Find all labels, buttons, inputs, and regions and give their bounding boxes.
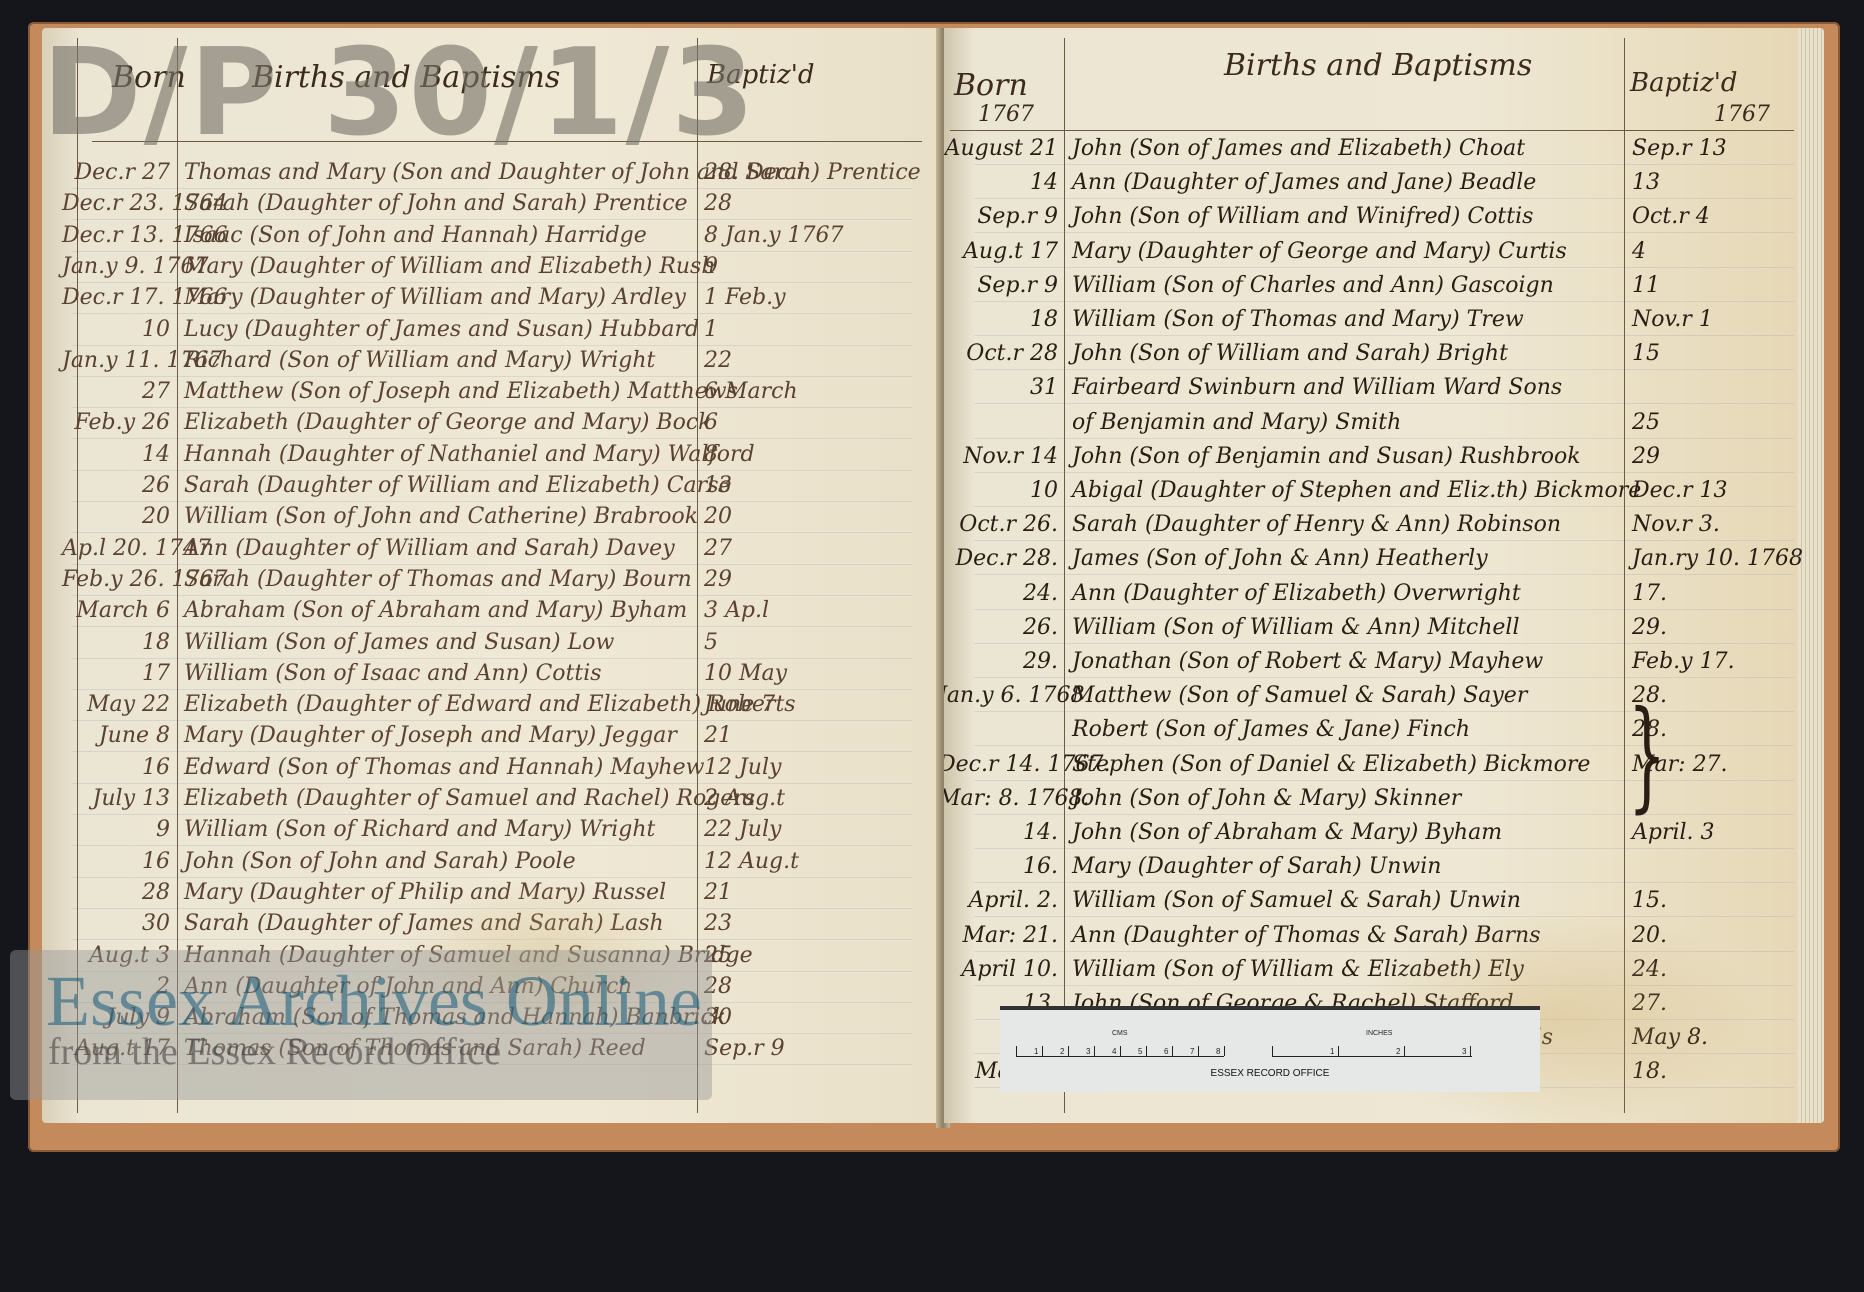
page-title: Births and Baptisms (252, 60, 560, 95)
born-year: 1767 (978, 102, 1034, 127)
birth-date: April 10. (944, 955, 1058, 985)
ruled-line (974, 951, 1794, 952)
cms-scale: 12345678 (1016, 1042, 1224, 1057)
entry-text: Fairbeard Swinburn and William Ward Sons (1072, 373, 1562, 403)
baptism-date: 2 Aug.t (704, 784, 785, 814)
right-page: Born 1767 Births and Baptisms Baptiz'd 1… (944, 28, 1824, 1123)
entry-text: Mary (Daughter of George and Mary) Curti… (1072, 237, 1567, 267)
header-rule (950, 130, 1794, 131)
baptism-date: 9 (704, 252, 718, 282)
inches-scale: 123 (1272, 1042, 1472, 1057)
ruled-line (974, 232, 1794, 233)
baptism-date: 13 (704, 471, 732, 501)
ruler-number: 1 (1034, 1047, 1038, 1056)
entry-text: Isaac (Son of John and Hannah) Harridge (184, 221, 647, 251)
entry-text: Sarah (Daughter of Thomas and Mary) Bour… (184, 565, 692, 595)
entry-text: Hannah (Daughter of Nathaniel and Mary) … (184, 440, 755, 470)
baptism-date: 27 (704, 534, 732, 564)
baptism-date: 15. (1632, 886, 1667, 916)
entry-text: Sarah (Daughter of William and Elizabeth… (184, 471, 732, 501)
birth-date: 18 (944, 305, 1058, 335)
entry-text: Matthew (Son of Samuel & Sarah) Sayer (1072, 681, 1527, 711)
birth-date: June 8 (62, 721, 170, 751)
baptism-date: Nov.r 3. (1632, 510, 1720, 540)
entry-text: Ann (Daughter of Elizabeth) Overwright (1072, 579, 1521, 609)
ruler-number: 5 (1138, 1047, 1142, 1056)
header-rule (92, 141, 922, 142)
entry-text: Stephen (Son of Daniel & Elizabeth) Bick… (1072, 750, 1590, 780)
ruled-line (974, 985, 1794, 986)
ruler-caption: ESSEX RECORD OFFICE (1000, 1068, 1540, 1079)
birth-date: Dec.r 14. 1767. (944, 750, 1058, 780)
birth-date: 28 (62, 878, 170, 908)
birth-date: 10 (944, 476, 1058, 506)
birth-date: 24. (944, 579, 1058, 609)
entry-text: Mary (Daughter of William and Elizabeth)… (184, 252, 716, 282)
birth-date: April. 2. (944, 886, 1058, 916)
entry-text: Ann (Daughter of William and Sarah) Dave… (184, 534, 675, 564)
baptism-date: 29. (1632, 613, 1667, 643)
baptism-date: Feb.y 17. (1632, 647, 1735, 677)
baptism-date: Jan.ry 10. 1768 (1632, 544, 1803, 574)
birth-date: Aug.t 17 (944, 237, 1058, 267)
entry-text: John (Son of William and Winifred) Cotti… (1072, 202, 1533, 232)
baptism-date: 24. (1632, 955, 1667, 985)
baptism-date: 29 (704, 565, 732, 595)
birth-date: 10 (62, 315, 170, 345)
ruler-tick (1146, 1046, 1147, 1056)
ruled-line (974, 506, 1794, 507)
baptism-date: June 7 (704, 690, 775, 720)
birth-date: Dec.r 27 (62, 158, 170, 188)
ruler-number: 2 (1060, 1047, 1064, 1056)
ruled-line (974, 369, 1794, 370)
baptism-date: Nov.r 1 (1632, 305, 1713, 335)
birth-date: Ap.l 20. 1747 (62, 534, 170, 564)
entry-text: Matthew (Son of Joseph and Elizabeth) Ma… (184, 377, 738, 407)
entry-text: Edward (Son of Thomas and Hannah) Mayhew (184, 753, 704, 783)
baptism-date: 10 May (704, 659, 787, 689)
birth-date: 30 (62, 909, 170, 939)
birth-date: Sep.r 9 (944, 202, 1058, 232)
baptism-date: 6 (704, 408, 718, 438)
birth-date: Dec.r 28. (944, 544, 1058, 574)
birth-date: 26. (944, 613, 1058, 643)
birth-date: Jan.y 11. 1767 (62, 346, 170, 376)
baptism-date: May 8. (1632, 1023, 1708, 1053)
page-edges (1798, 28, 1824, 1123)
birth-date: Mar: 21. (944, 921, 1058, 951)
entry-text: William (Son of John and Catherine) Brab… (184, 502, 698, 532)
entry-text: Elizabeth (Daughter of George and Mary) … (184, 408, 712, 438)
birth-date: Dec.r 17. 1766 (62, 283, 170, 313)
ruler-number: 4 (1112, 1047, 1116, 1056)
baptism-date: 18. (1632, 1057, 1667, 1087)
birth-date: Feb.y 26. 1767 (62, 565, 170, 595)
ruled-line (974, 301, 1794, 302)
ruler-tick (1404, 1046, 1405, 1056)
entry-text: John (Son of John and Sarah) Poole (184, 847, 576, 877)
ruled-line (974, 609, 1794, 610)
baptism-date: 28 (704, 189, 732, 219)
ruled-line (974, 916, 1794, 917)
branding-subtitle: from the Essex Record Office (48, 1030, 501, 1074)
baptism-date: 20. (1632, 921, 1667, 951)
entry-text: Robert (Son of James & Jane) Finch (1072, 715, 1470, 745)
birth-date: Jan.y 6. 1768 (944, 681, 1058, 711)
baptism-date: 11 (1632, 271, 1660, 301)
ruler-tick (1094, 1046, 1095, 1056)
baptism-date: 23 (704, 909, 732, 939)
entry-text: William (Son of Thomas and Mary) Trew (1072, 305, 1524, 335)
birth-date: March 6 (62, 596, 170, 626)
birth-date: 9 (62, 815, 170, 845)
entry-text: Sarah (Daughter of James and Sarah) Lash (184, 909, 664, 939)
ruled-line (974, 643, 1794, 644)
birth-date: May 22 (62, 690, 170, 720)
baptism-date: 28. Dec.r (704, 158, 806, 188)
ruler-tick (1198, 1046, 1199, 1056)
birth-date: 18 (62, 628, 170, 658)
entry-text: Ann (Daughter of Thomas & Sarah) Barns (1072, 921, 1540, 951)
birth-date: Mar: 8. 1768. (944, 784, 1058, 814)
ruled-line (974, 780, 1794, 781)
birth-date: Oct.r 26. (944, 510, 1058, 540)
entry-text: Mary (Daughter of William and Mary) Ardl… (184, 283, 686, 313)
entry-text: Mary (Daughter of Joseph and Mary) Jegga… (184, 721, 677, 751)
baptism-date: 21 (704, 721, 732, 751)
baptism-date: 27. (1632, 989, 1667, 1019)
baptism-date: Dec.r 13 (1632, 476, 1727, 506)
ruler-number: 3 (1086, 1047, 1090, 1056)
birth-date: Oct.r 28 (944, 339, 1058, 369)
ruler-number: 7 (1190, 1047, 1194, 1056)
baptized-column-header: Baptiz'd (707, 60, 815, 90)
birth-date: 16. (944, 852, 1058, 882)
baptism-date: 15 (1632, 339, 1660, 369)
birth-date: 14 (944, 168, 1058, 198)
entry-text: William (Son of James and Susan) Low (184, 628, 614, 658)
birth-date: July 13 (62, 784, 170, 814)
entry-text: Mary (Daughter of Sarah) Unwin (1072, 852, 1441, 882)
ruled-line (974, 438, 1794, 439)
baptized-column-divider (1624, 38, 1625, 1113)
entry-text: Richard (Son of William and Mary) Wright (184, 346, 655, 376)
baptism-date: 20 (704, 502, 732, 532)
baptism-date: Sep.r 13 (1632, 134, 1727, 164)
baptism-date: 4 (1632, 237, 1646, 267)
baptism-date: 3 Ap.l (704, 596, 769, 626)
entry-text: Mary (Daughter of Philip and Mary) Russe… (184, 878, 666, 908)
entry-text: William (Son of Samuel & Sarah) Unwin (1072, 886, 1521, 916)
ruled-line (974, 574, 1794, 575)
born-column-divider (1064, 38, 1065, 1113)
entry-text: James (Son of John & Ann) Heatherly (1072, 544, 1488, 574)
baptism-date: 22 July (704, 815, 781, 845)
baptism-date: 13 (1632, 168, 1660, 198)
ruler-tick (1470, 1046, 1471, 1056)
baptism-date: 1 Feb.y (704, 283, 786, 313)
ruled-line (974, 198, 1794, 199)
baptism-date: 5 (704, 628, 718, 658)
ruled-line (974, 472, 1794, 473)
ruler-number: 1 (1330, 1047, 1334, 1056)
birth-date: Nov.r 14 (944, 442, 1058, 472)
birth-date: 17 (62, 659, 170, 689)
ruled-line (974, 882, 1794, 883)
birth-date: Jan.y 9. 1767 (62, 252, 170, 282)
ruled-line (974, 403, 1794, 404)
baptism-date: 8 Jan.y 1767 (704, 221, 844, 251)
born-column-header: Born (112, 60, 186, 95)
born-column-header: Born (954, 68, 1028, 103)
ruled-line (974, 677, 1794, 678)
baptism-date: 21 (704, 878, 732, 908)
entry-text: Elizabeth (Daughter of Samuel and Rachel… (184, 784, 755, 814)
ruled-line (974, 540, 1794, 541)
birth-date: Feb.y 26 (62, 408, 170, 438)
ruled-line (974, 335, 1794, 336)
inches-label: INCHES (1366, 1030, 1392, 1037)
birth-date: 16 (62, 753, 170, 783)
cms-label: CMS (1112, 1030, 1128, 1037)
birth-date: August 21 (944, 134, 1058, 164)
ruler-number: 6 (1164, 1047, 1168, 1056)
baptism-date: 22 (704, 346, 732, 376)
ruled-line (974, 745, 1794, 746)
entry-text: Abraham (Son of Abraham and Mary) Byham (184, 596, 687, 626)
baptism-date: Sep.r 9 (704, 1034, 785, 1064)
ruler-number: 8 (1216, 1047, 1220, 1056)
baptism-date: 6 March (704, 377, 798, 407)
entry-text: William (Son of William & Ann) Mitchell (1072, 613, 1520, 643)
ruler-tick (1120, 1046, 1121, 1056)
entry-text: John (Son of John & Mary) Skinner (1072, 784, 1461, 814)
entry-text: John (Son of James and Elizabeth) Choat (1072, 134, 1525, 164)
birth-date: Dec.r 23. 1764 (62, 189, 170, 219)
page-title: Births and Baptisms (1224, 48, 1532, 83)
entry-text: Ann (Daughter of James and Jane) Beadle (1072, 168, 1536, 198)
birth-date: 14 (62, 440, 170, 470)
baptism-date: 17. (1632, 579, 1667, 609)
entry-text: William (Son of Isaac and Ann) Cottis (184, 659, 602, 689)
brace-bracket: } (1628, 696, 1666, 816)
ruler-tick (1272, 1046, 1273, 1056)
entry-text: Sarah (Daughter of Henry & Ann) Robinson (1072, 510, 1561, 540)
baptism-date: 1 (704, 315, 718, 345)
entry-text: Thomas and Mary (Son and Daughter of Joh… (184, 158, 921, 188)
birth-date: 27 (62, 377, 170, 407)
ruled-line (974, 164, 1794, 165)
baptism-date: 29 (1632, 442, 1660, 472)
baptism-date: 12 July (704, 753, 781, 783)
entry-text: William (Son of Charles and Ann) Gascoig… (1072, 271, 1554, 301)
ruler-tick (1042, 1046, 1043, 1056)
ruler-tick (1172, 1046, 1173, 1056)
ruler-tick (1068, 1046, 1069, 1056)
entry-text: Jonathan (Son of Robert & Mary) Mayhew (1072, 647, 1543, 677)
ruler-number: 2 (1396, 1047, 1400, 1056)
ruler-tick (1016, 1046, 1017, 1056)
ruler-tick (1338, 1046, 1339, 1056)
ruled-line (974, 711, 1794, 712)
birth-date: 16 (62, 847, 170, 877)
baptized-column-header: Baptiz'd (1630, 68, 1738, 98)
baptism-date: Oct.r 4 (1632, 202, 1710, 232)
birth-date: 14. (944, 818, 1058, 848)
baptism-date: 25 (1632, 408, 1660, 438)
birth-date: 20 (62, 502, 170, 532)
baptism-date: 8 (704, 440, 718, 470)
entry-text: John (Son of William and Sarah) Bright (1072, 339, 1508, 369)
entry-text: of Benjamin and Mary) Smith (1072, 408, 1401, 438)
entry-text: Sarah (Daughter of John and Sarah) Prent… (184, 189, 688, 219)
entry-text: John (Son of Benjamin and Susan) Rushbro… (1072, 442, 1581, 472)
birth-date: 31 (944, 373, 1058, 403)
birth-date: 29. (944, 647, 1058, 677)
entry-text: William (Son of Richard and Mary) Wright (184, 815, 655, 845)
birth-date: Sep.r 9 (944, 271, 1058, 301)
ruler-number: 3 (1462, 1047, 1466, 1056)
entry-text: John (Son of Abraham & Mary) Byham (1072, 818, 1502, 848)
ruled-line (974, 267, 1794, 268)
birth-date: Dec.r 13. 1766 (62, 221, 170, 251)
ruled-line (974, 848, 1794, 849)
ruled-line (974, 814, 1794, 815)
baptized-year: 1767 (1714, 102, 1770, 127)
baptism-date: 12 Aug.t (704, 847, 799, 877)
entry-text: Abigal (Daughter of Stephen and Eliz.th)… (1072, 476, 1641, 506)
scale-ruler: CMS 12345678 INCHES 123 ESSEX RECORD OFF… (1000, 1006, 1540, 1092)
entry-text: William (Son of William & Elizabeth) Ely (1072, 955, 1524, 985)
ruler-tick (1224, 1046, 1225, 1056)
entry-text: Lucy (Daughter of James and Susan) Hubba… (184, 315, 699, 345)
birth-date: 26 (62, 471, 170, 501)
